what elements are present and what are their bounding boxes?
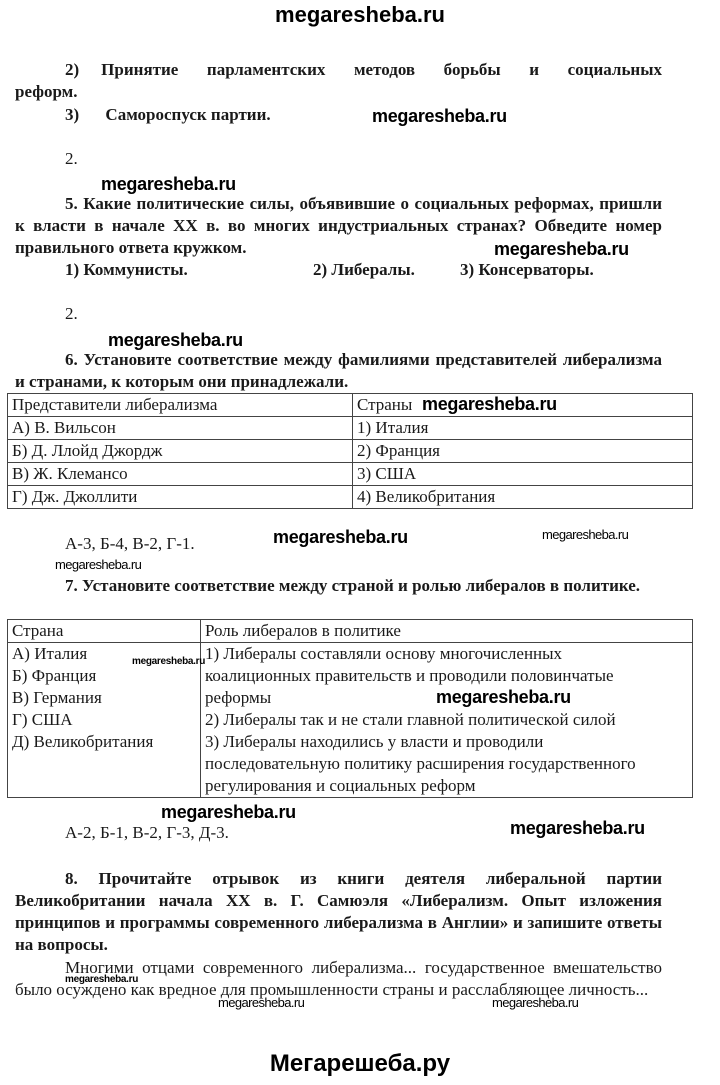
q4-option-3-text: Самороспуск партии.: [105, 105, 270, 124]
q6-answer: А-3, Б-4, В-2, Г-1.: [65, 533, 195, 555]
watermark: megaresheba.ru: [273, 527, 408, 548]
q5-option-1[interactable]: 1) Коммунисты.: [65, 259, 188, 281]
table-header-cell: Роль либералов в политике: [201, 620, 693, 643]
table-header-row: Страна Роль либералов в политике: [8, 620, 693, 643]
table-row: Б) Д. Ллойд Джордж 2) Франция: [8, 440, 693, 463]
table-row: А) Италия Б) Франция В) Германия Г) США …: [8, 643, 693, 798]
site-header[interactable]: megaresheba.ru: [0, 2, 720, 28]
watermark: megaresheba.ru: [422, 394, 557, 415]
table-cell: 4) Великобритания: [353, 486, 693, 509]
q5-answer: 2.: [65, 303, 78, 325]
table-cell: Б) Д. Ллойд Джордж: [8, 440, 353, 463]
watermark: megaresheba.ru: [542, 527, 628, 542]
list-item: В) Германия: [12, 687, 196, 709]
table-cell: 2) Франция: [353, 440, 693, 463]
watermark: megaresheba.ru: [510, 818, 645, 839]
q7-answer: А-2, Б-1, В-2, Г-3, Д-3.: [65, 822, 229, 844]
watermark: megaresheba.ru: [132, 656, 205, 667]
table-header-cell: Представители либерализма: [8, 394, 353, 417]
watermark: megaresheba.ru: [372, 106, 507, 127]
watermark: megaresheba.ru: [108, 330, 243, 351]
list-item: 1) Либералы составляли основу многочисле…: [205, 643, 655, 709]
q4-option-3-num: 3): [65, 105, 79, 124]
watermark: megaresheba.ru: [55, 557, 141, 572]
table-cell: Г) Дж. Джоллити: [8, 486, 353, 509]
q4-answer: 2.: [65, 148, 78, 170]
list-item: Б) Франция: [12, 665, 196, 687]
list-item: Д) Великобритания: [12, 731, 196, 753]
q6-question: 6. Установите соответствие между фамилия…: [15, 349, 662, 393]
table-row: Г) Дж. Джоллити 4) Великобритания: [8, 486, 693, 509]
watermark: megaresheba.ru: [436, 687, 571, 708]
list-item: 2) Либералы так и не стали главной полит…: [205, 709, 690, 731]
q7-matching-table: Страна Роль либералов в политике А) Итал…: [7, 619, 693, 798]
watermark: megaresheba.ru: [218, 995, 304, 1010]
q6-matching-table: Представители либерализма Страны А) В. В…: [7, 393, 693, 509]
q4-option-2-text: Принятие парламентских методов борьбы и …: [101, 59, 662, 81]
watermark: megaresheba.ru: [494, 239, 629, 260]
list-item: Г) США: [12, 709, 196, 731]
site-footer[interactable]: Мегарешеба.ру: [0, 1050, 720, 1078]
q4-option-2-cont: реформ.: [15, 81, 662, 103]
table-header-cell: Страна: [8, 620, 201, 643]
q7-roles-cell: 1) Либералы составляли основу многочисле…: [201, 643, 693, 798]
q4-option-3: 3) Самороспуск партии.: [65, 104, 271, 126]
table-header-row: Представители либерализма Страны: [8, 394, 693, 417]
q5-option-3[interactable]: 3) Консерваторы.: [460, 259, 594, 281]
table-cell: 1) Италия: [353, 417, 693, 440]
table-cell: В) Ж. Клемансо: [8, 463, 353, 486]
table-row: А) В. Вильсон 1) Италия: [8, 417, 693, 440]
q8-question: 8. Прочитайте отрывок из книги деятеля л…: [15, 868, 662, 956]
q4-option-2: 2) Принятие парламентских методов борьбы…: [15, 59, 662, 103]
list-item: 3) Либералы находились у власти и провод…: [205, 731, 680, 797]
q5-option-2[interactable]: 2) Либералы.: [313, 259, 415, 281]
table-cell: А) В. Вильсон: [8, 417, 353, 440]
watermark: megaresheba.ru: [161, 802, 296, 823]
table-row: В) Ж. Клемансо 3) США: [8, 463, 693, 486]
watermark: megaresheba.ru: [65, 974, 138, 985]
q7-question: 7. Установите соответствие между страной…: [15, 575, 662, 597]
table-cell: 3) США: [353, 463, 693, 486]
watermark: megaresheba.ru: [492, 995, 578, 1010]
watermark: megaresheba.ru: [101, 174, 236, 195]
q4-option-2-num: 2): [65, 59, 79, 81]
